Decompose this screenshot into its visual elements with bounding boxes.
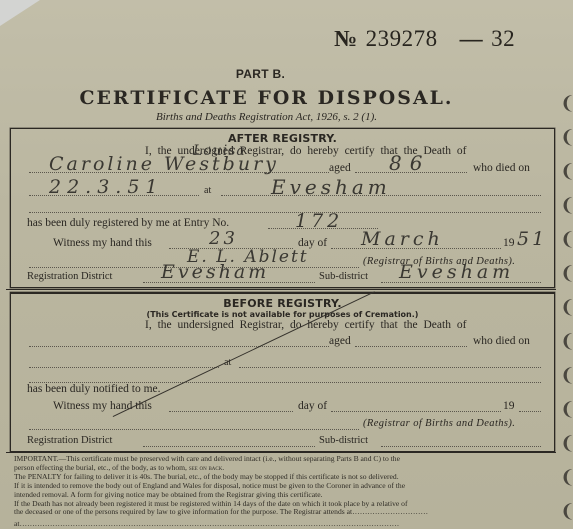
entry-label: has been duly registered by me at Entry …: [27, 217, 229, 229]
at-label: at: [204, 185, 211, 196]
ornament-icon: ❨: [560, 296, 573, 320]
before-day-field-line: [169, 411, 293, 412]
ornament-icon: ❨: [560, 228, 573, 252]
dash-separator: —: [460, 26, 484, 51]
act-reference: Births and Deaths Registration Act, 1926…: [0, 111, 553, 123]
age-handwritten: 86: [389, 151, 430, 175]
year-handwritten: 51: [517, 228, 547, 250]
before-month-field-line: [331, 411, 501, 412]
entry-no-handwritten: 172: [295, 210, 343, 232]
month-handwritten: March: [361, 228, 444, 250]
before-age-field-line: [355, 346, 467, 347]
ornament-icon: ❨: [560, 126, 573, 150]
notice-line-7: the deceased or one of the persons requi…: [14, 508, 554, 517]
part-label: PART B.: [0, 67, 547, 81]
witness-label: Witness my hand this: [53, 237, 152, 249]
district-handwritten: Evesham: [161, 261, 269, 283]
cremation-note: (This Certificate is not available for p…: [11, 310, 554, 319]
before-subdistrict-label: Sub-district: [319, 435, 368, 446]
before-year-field-line: [519, 411, 541, 412]
document-title: CERTIFICATE FOR DISPOSAL.: [0, 88, 559, 109]
ornament-icon: ❨: [560, 194, 573, 218]
torn-corner: [0, 0, 40, 26]
decorative-border: ❨ ❨ ❨ ❨ ❨ ❨ ❨ ❨ ❨ ❨ ❨ ❨ ❨: [560, 0, 573, 529]
ornament-icon: ❨: [560, 398, 573, 422]
aged-label: aged: [329, 162, 351, 174]
number-symbol: №: [334, 26, 358, 51]
number-suffix: 32: [491, 26, 515, 51]
before-date-field-line: [29, 367, 219, 368]
day-handwritten: 23: [209, 228, 238, 249]
before-subdistrict-field-line: [381, 446, 541, 447]
notified-label: has been duly notified to me.: [27, 383, 161, 395]
section-divider: [6, 289, 556, 290]
ornament-icon: ❨: [560, 432, 573, 456]
number-value: 239278: [366, 26, 438, 51]
year-prefix-label: 19: [503, 237, 515, 249]
deceased-name-handwritten: Caroline Westbury: [49, 153, 279, 175]
ornament-icon: ❨: [560, 330, 573, 354]
before-signature-field-line: [29, 429, 359, 430]
before-registry-heading: BEFORE REGISTRY.: [11, 297, 554, 310]
ornament-icon: ❨: [560, 262, 573, 286]
blank-field-line: [29, 212, 541, 213]
important-notice: IMPORTANT.—This certificate must be pres…: [14, 455, 554, 529]
bottom-divider: [6, 452, 556, 453]
before-district-label: Registration District: [27, 435, 112, 446]
subdistrict-label: Sub-district: [319, 271, 368, 282]
ornament-icon: ❨: [560, 466, 573, 490]
ornament-icon: ❨: [560, 92, 573, 116]
died-on-label: who died on: [473, 162, 530, 174]
before-year-prefix-label: 19: [503, 400, 515, 412]
after-registry-section: AFTER REGISTRY. I, the undersigned Regis…: [10, 128, 555, 288]
before-district-field-line: [143, 446, 315, 447]
before-died-on-label: who died on: [473, 335, 530, 347]
before-aged-label: aged: [329, 335, 351, 347]
after-registry-heading: AFTER REGISTRY.: [11, 132, 554, 145]
date-of-death-handwritten: 22.3.51: [49, 176, 164, 198]
notice-line-8: at………………………………………………………………………………………………………: [14, 520, 554, 529]
before-name-field-line: [29, 346, 329, 347]
ornament-icon: ❨: [560, 500, 573, 524]
before-registry-section: BEFORE REGISTRY. (This Certificate is no…: [10, 292, 555, 452]
before-place-field-line: [239, 367, 541, 368]
subdistrict-handwritten: Evesham: [399, 261, 514, 283]
district-label: Registration District: [27, 271, 112, 282]
certificate-paper: №239278—32 PART B. CERTIFICATE FOR DISPO…: [0, 0, 573, 529]
certificate-number: №239278—32: [334, 26, 515, 52]
ornament-icon: ❨: [560, 364, 573, 388]
before-witness-label: Witness my hand this: [53, 400, 152, 412]
before-registrar-title-label: (Registrar of Births and Deaths).: [363, 418, 515, 429]
place-handwritten: Evesham: [271, 175, 391, 199]
ornament-icon: ❨: [560, 160, 573, 184]
before-day-of-label: day of: [298, 400, 327, 412]
